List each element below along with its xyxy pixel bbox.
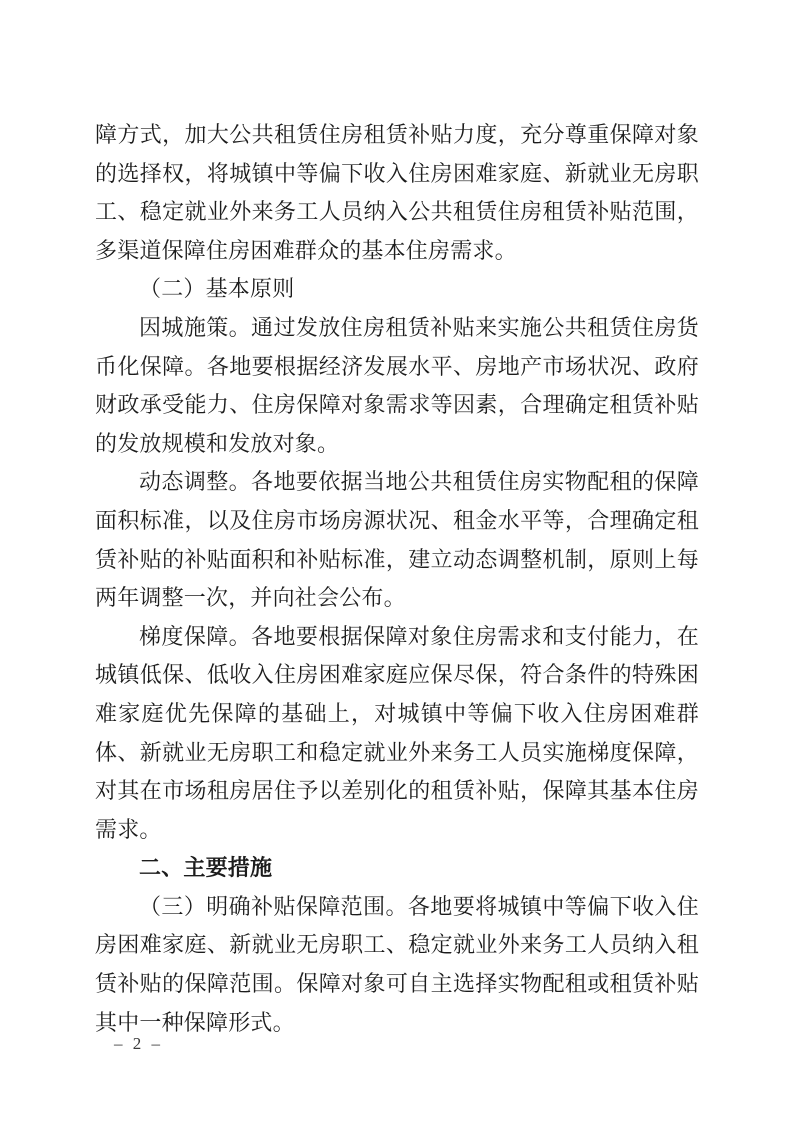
chapter-heading-main-measures: 二、主要措施 bbox=[95, 849, 699, 888]
page-number: – 2 – bbox=[114, 1032, 163, 1056]
document-body: 障方式，加大公共租赁住房租赁补贴力度，充分尊重保障对象的选择权，将城镇中等偏下收… bbox=[95, 116, 699, 1042]
paragraph-continuation: 障方式，加大公共租赁住房租赁补贴力度，充分尊重保障对象的选择权，将城镇中等偏下收… bbox=[95, 116, 699, 270]
paragraph-city-specific-policy: 因城施策。通过发放住房租赁补贴来实施公共租赁住房货币化保障。各地要根据经济发展水… bbox=[95, 309, 699, 463]
section-heading-basic-principles: （二）基本原则 bbox=[95, 270, 699, 309]
document-page: 障方式，加大公共租赁住房租赁补贴力度，充分尊重保障对象的选择权，将城镇中等偏下收… bbox=[0, 0, 793, 1122]
paragraph-subsidy-scope: （三）明确补贴保障范围。各地要将城镇中等偏下收入住房困难家庭、新就业无房职工、稳… bbox=[95, 888, 699, 1042]
paragraph-tiered-support: 梯度保障。各地要根据保障对象住房需求和支付能力，在城镇低保、低收入住房困难家庭应… bbox=[95, 618, 699, 850]
paragraph-dynamic-adjustment: 动态调整。各地要依据当地公共租赁住房实物配租的保障面积标准，以及住房市场房源状况… bbox=[95, 463, 699, 617]
